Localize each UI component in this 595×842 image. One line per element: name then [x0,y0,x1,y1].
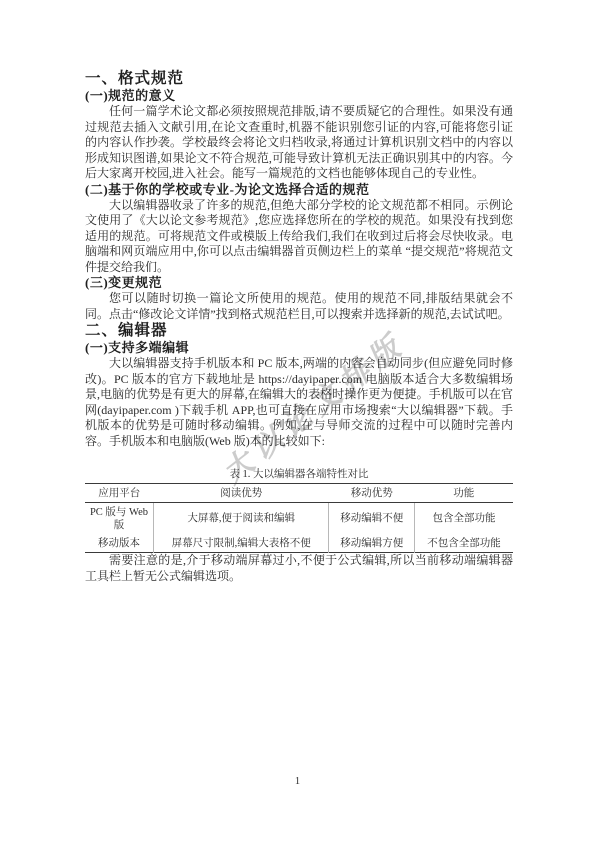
table-cell: 移动版本 [85,534,153,553]
subsection-heading-multi: (一)支持多端编辑 [85,340,513,356]
table-cell: 大屏幕,便于阅读和编辑 [153,503,328,535]
paragraph-note: 需要注意的是,介于移动端屏幕过小,不便于公式编辑,所以当前移动端编辑器工具栏上暂… [85,553,513,584]
paragraph-multi: 大以编辑器支持手机版本和 PC 版本,两端的内容会自动同步(但应避免同时修改)。… [85,356,513,449]
document-page: 大以论文排版 一、格式规范 (一)规范的意义 任何一篇学术论文都必须按照规范排版… [0,0,595,842]
comparison-table: 应用平台 阅读优势 移动优势 功能 PC 版与 Web 版 大屏幕,便于阅读和编… [85,483,513,553]
table-cell: PC 版与 Web 版 [85,503,153,535]
section-heading-editor: 二、编辑器 [85,322,513,340]
subsection-heading-school: (二)基于你的学校或专业-为论文选择合适的规范 [85,182,513,198]
paragraph-change: 您可以随时切换一篇论文所使用的规范。使用的规范不同,排版结果就会不同。点击“修改… [85,291,513,322]
table-cell: 不包含全部功能 [415,534,513,553]
table-row-mobile: 移动版本 屏幕尺寸限制,编辑大表格不便 移动编辑方便 不包含全部功能 [85,534,513,553]
table-cell: 包含全部功能 [415,503,513,535]
table-header-reading: 阅读优势 [153,484,328,503]
table-caption: 表 1. 大以编辑器各端特性对比 [85,468,513,481]
table-header-row: 应用平台 阅读优势 移动优势 功能 [85,484,513,503]
paragraph-school: 大以编辑器收录了许多的规范,但绝大部分学校的论文规范都不相同。示例论文使用了《大… [85,198,513,276]
section-heading-format: 一、格式规范 [85,70,513,88]
table-cell: 移动编辑不便 [329,503,415,535]
paragraph-meaning: 任何一篇学术论文都必须按照规范排版,请不要质疑它的合理性。如果没有通过规范去插入… [85,104,513,182]
page-content: 一、格式规范 (一)规范的意义 任何一篇学术论文都必须按照规范排版,请不要质疑它… [85,70,513,584]
subsection-heading-change: (三)变更规范 [85,275,513,291]
table-header-mobility: 移动优势 [329,484,415,503]
table-cell: 屏幕尺寸限制,编辑大表格不便 [153,534,328,553]
table-header-platform: 应用平台 [85,484,153,503]
page-number: 1 [0,776,595,787]
table-cell: 移动编辑方便 [329,534,415,553]
subsection-heading-meaning: (一)规范的意义 [85,88,513,104]
table-header-features: 功能 [415,484,513,503]
table-row-pc: PC 版与 Web 版 大屏幕,便于阅读和编辑 移动编辑不便 包含全部功能 [85,503,513,535]
